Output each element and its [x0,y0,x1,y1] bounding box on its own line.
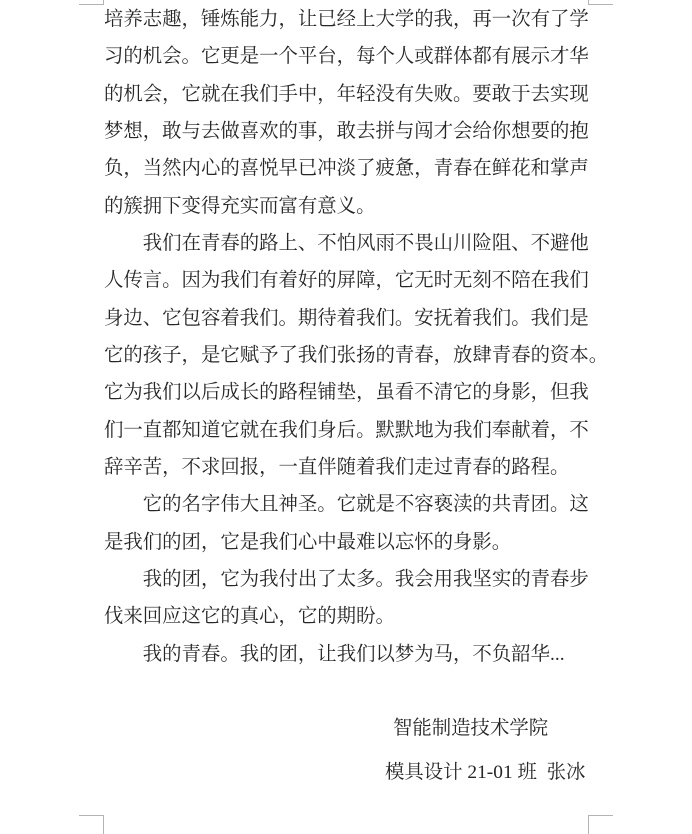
signature-school-line: 智能制造技术学院 [104,710,589,747]
text-line: 负，当然内心的喜悦早已冲淡了疲惫，青春在鲜花和掌声 [104,150,589,187]
text-line: 培养志趣，锤炼能力，让已经上大学的我，再一次有了学 [104,1,589,38]
text-line: 们一直都知道它就在我们身后。默默地为我们奉献着，不 [104,412,589,449]
text-line: 我的团，它为我付出了太多。我会用我坚实的青春步 [104,561,589,598]
text-line: 梦想，敢与去做喜欢的事，敢去拼与闯才会给你想要的抱 [104,113,589,150]
crop-mark-top-right [588,4,613,5]
blank-line [104,673,589,710]
text-line: 人传言。因为我们有着好的屏障，它无时无刻不陪在我们 [104,262,589,299]
crop-mark-bottom-left [103,815,104,834]
text-line: 它的孩子，是它赋予了我们张扬的青春，放肆青春的资本。 [104,337,589,374]
text-line: 它为我们以后成长的路程铺垫，虽看不清它的身影，但我 [104,374,589,411]
text-area: 培养志趣，锤炼能力，让已经上大学的我，再一次有了学习的机会。它更是一个平台，每个… [104,1,589,791]
text-line: 辞辛苦，不求回报，一直伴随着我们走过青春的路程。 [104,449,589,486]
text-line: 是我们的团，它是我们心中最难以忘怀的身影。 [104,524,589,561]
crop-mark-bottom-left [79,815,104,816]
text-line: 我们在青春的路上、不怕风雨不畏山川险阻、不避他 [104,225,589,262]
text-line: 它的名字伟大且神圣。它就是不容亵渎的共青团。这 [104,486,589,523]
signature-class-line: 模具设计 21-01 班 张冰 [104,754,589,791]
text-line: 伐来回应这它的真心，它的期盼。 [104,598,589,635]
document-page: 培养志趣，锤炼能力，让已经上大学的我，再一次有了学习的机会。它更是一个平台，每个… [0,0,692,834]
text-line: 的簇拥下变得充实而富有意义。 [104,188,589,225]
crop-mark-bottom-right [588,815,613,816]
crop-mark-bottom-right [588,815,589,834]
text-line: 习的机会。它更是一个平台，每个人或群体都有展示才华 [104,38,589,75]
text-flow: 培养志趣，锤炼能力，让已经上大学的我，再一次有了学习的机会。它更是一个平台，每个… [104,1,589,673]
text-line: 身边、它包容着我们。期待着我们。安抚着我们。我们是 [104,300,589,337]
crop-mark-top-left [79,4,104,5]
text-line: 我的青春。我的团，让我们以梦为马，不负韶华... [104,636,589,673]
text-line: 的机会，它就在我们手中，年轻没有失败。要敢于去实现 [104,76,589,113]
